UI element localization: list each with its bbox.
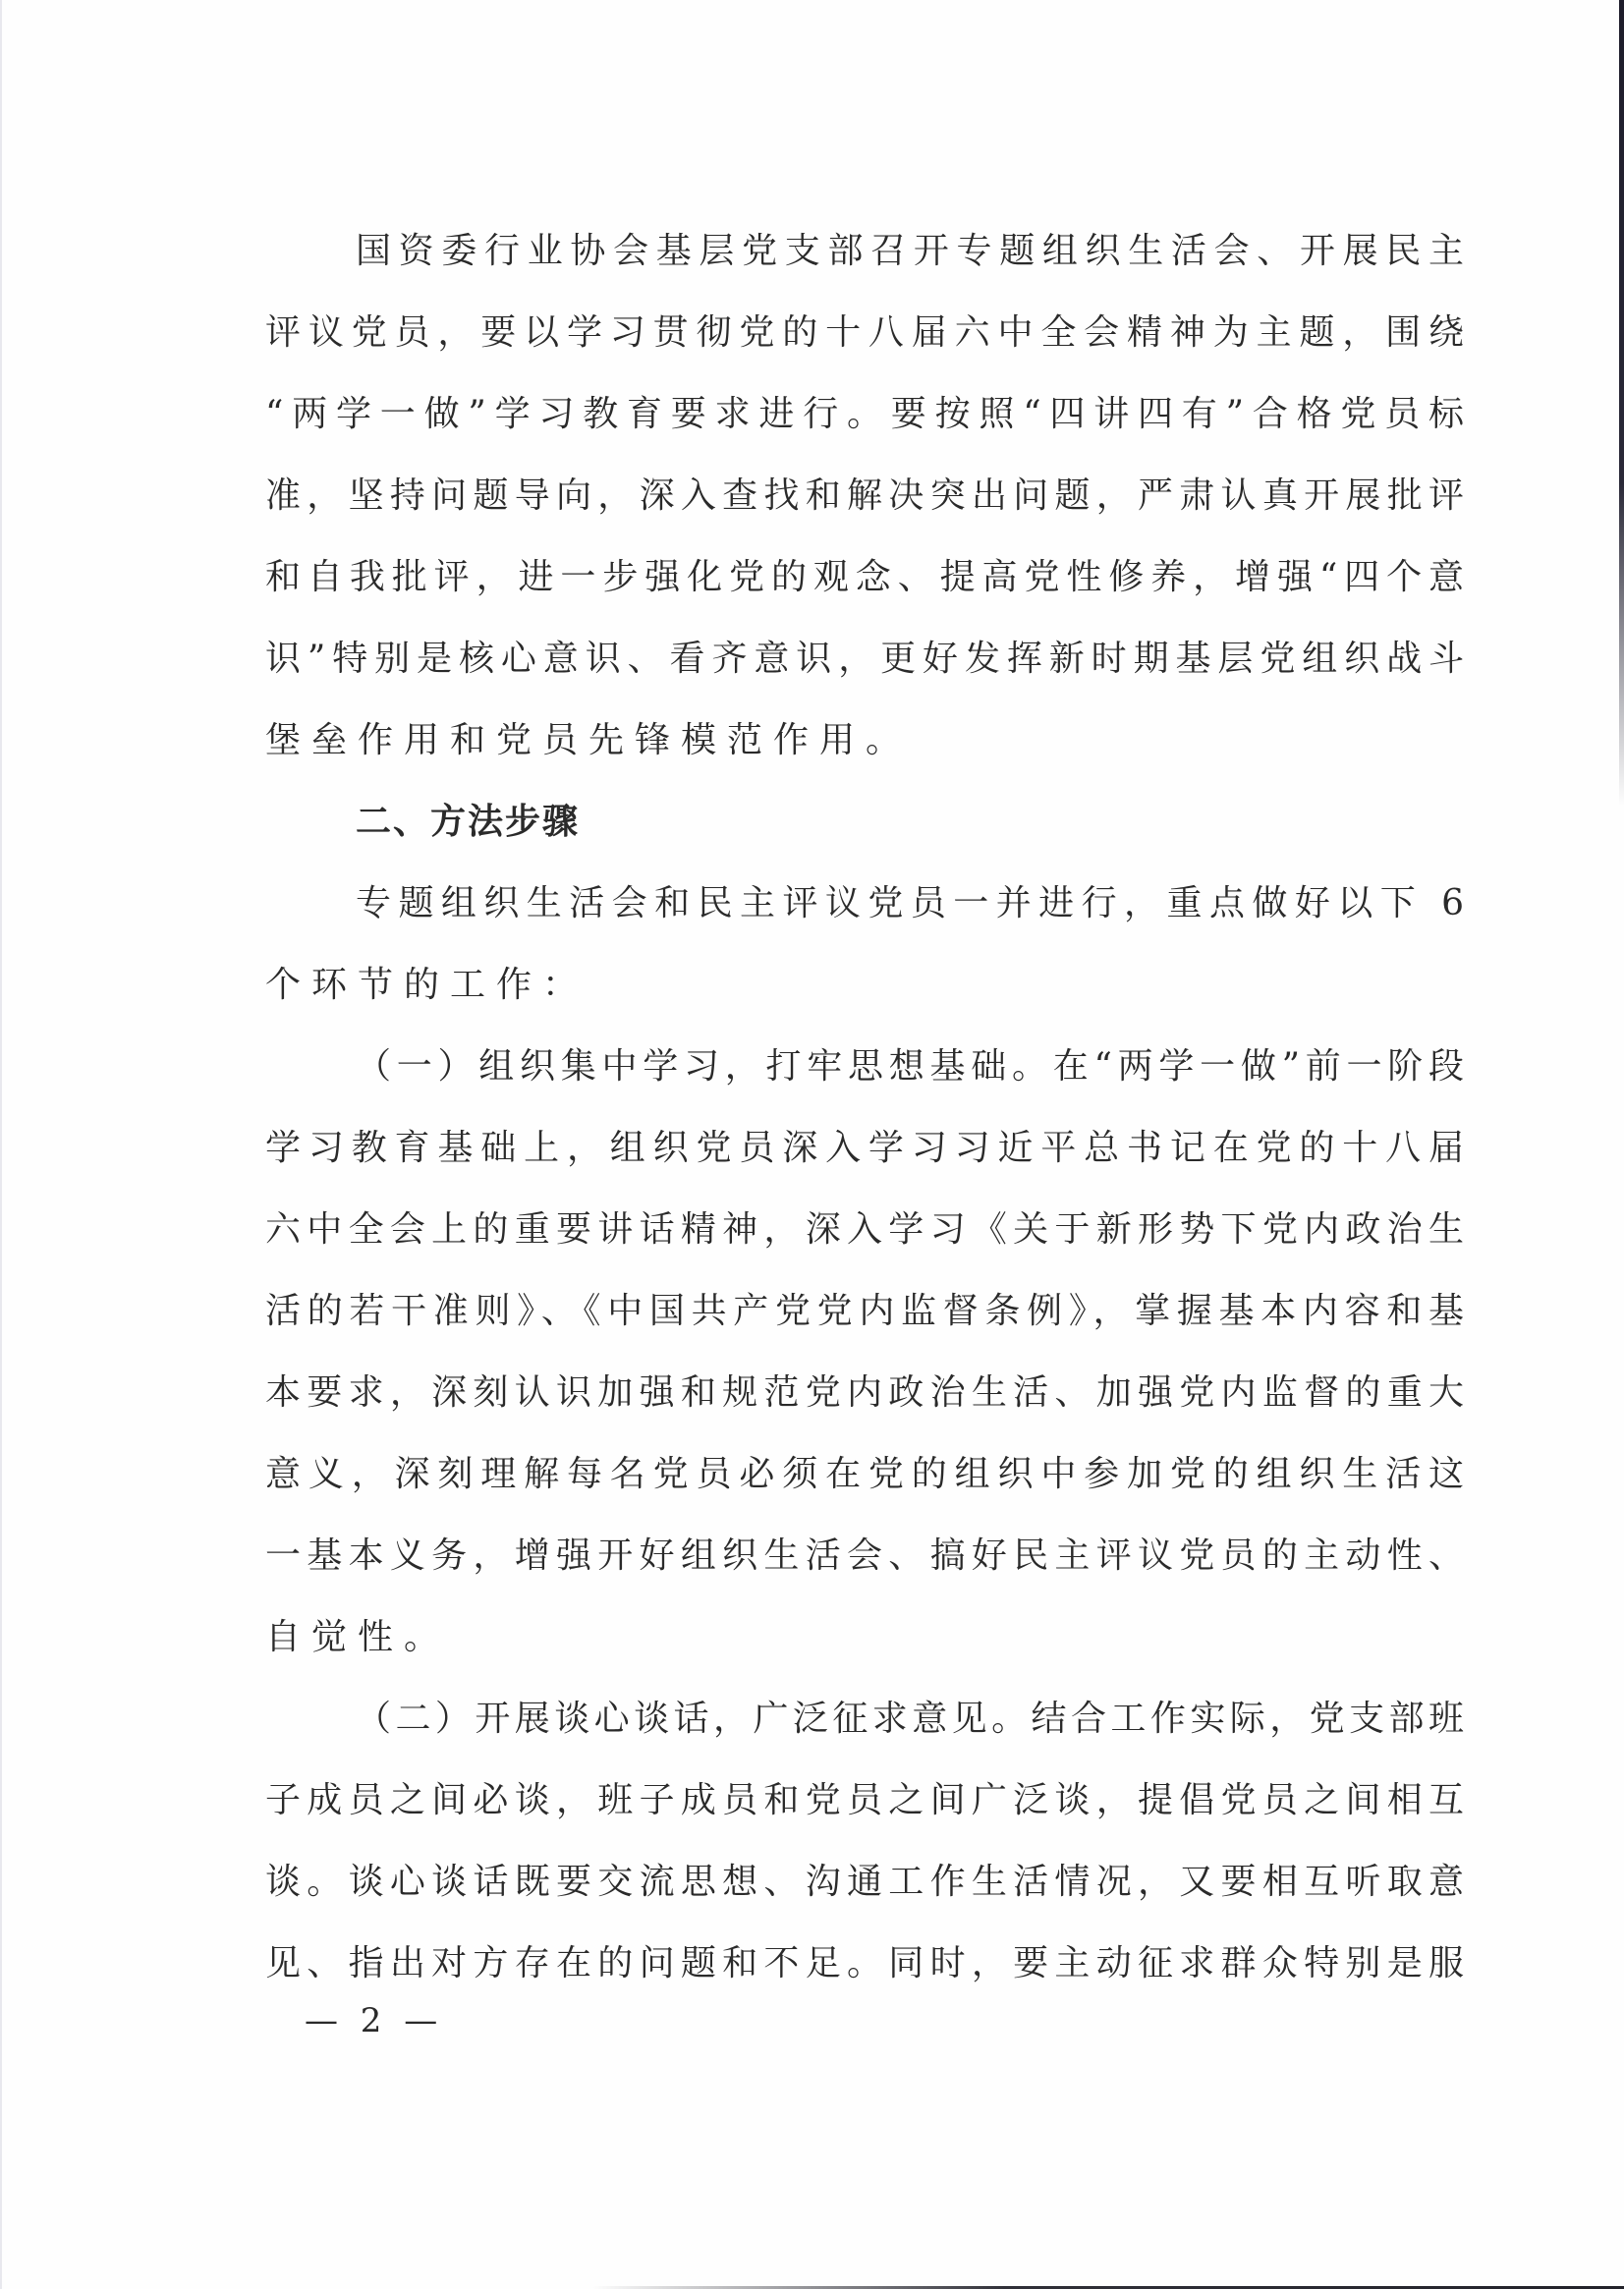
paragraph-1-line-5: 和自我批评，进一步强化党的观念、提高党性修养，增强“四个意 xyxy=(265,554,1464,601)
section-heading-methods: 二、方法步骤 xyxy=(356,799,580,846)
subsection-1-line-3: 六中全会上的重要讲话精神，深入学习《关于新形势下党内政治生 xyxy=(265,1206,1464,1254)
page-number: — 2 — xyxy=(305,1997,443,2044)
subsection-1-line-6: 意义，深刻理解每名党员必须在党的组织中参加党的组织生活这 xyxy=(265,1451,1464,1498)
subsection-1-line-2: 学习教育基础上，组织党员深入学习习近平总书记在党的十八届 xyxy=(265,1125,1464,1172)
subsection-2-line-1: （二）开展谈心谈话，广泛征求意见。结合工作实际，党支部班 xyxy=(356,1696,1464,1743)
document-page: 国资委行业协会基层党支部召开专题组织生活会、开展民主 评议党员，要以学习贯彻党的… xyxy=(0,0,1624,2289)
paragraph-1-line-3: “两学一做”学习教育要求进行。要按照“四讲四有”合格党员标 xyxy=(265,391,1464,438)
paragraph-1-line-1: 国资委行业协会基层党支部召开专题组织生活会、开展民主 xyxy=(356,228,1464,275)
subsection-1-line-1: （一）组织集中学习，打牢思想基础。在“两学一做”前一阶段 xyxy=(356,1043,1464,1090)
paragraph-1-line-2: 评议党员，要以学习贯彻党的十八届六中全会精神为主题，围绕 xyxy=(265,309,1464,357)
paragraph-1-line-6: 识”特别是核心意识、看齐意识，更好发挥新时期基层党组织战斗 xyxy=(265,636,1464,683)
subsection-1-line-8: 自觉性。 xyxy=(265,1614,450,1661)
subsection-1-line-5: 本要求，深刻认识加强和规范党内政治生活、加强党内监督的重大 xyxy=(265,1369,1464,1417)
paragraph-2-line-2: 个环节的工作： xyxy=(265,962,588,1009)
subsection-2-line-3: 谈。谈心谈话既要交流思想、沟通工作生活情况，又要相互听取意 xyxy=(265,1859,1464,1906)
subsection-1-line-4: 活的若干准则》、《中国共产党党内监督条例》，掌握基本内容和基 xyxy=(265,1288,1464,1335)
paragraph-1-line-7: 堡垒作用和党员先锋模范作用。 xyxy=(265,717,912,764)
subsection-2-line-4: 见、指出对方存在的问题和不足。同时，要主动征求群众特别是服 xyxy=(265,1940,1464,1987)
paragraph-2-line-1: 专题组织生活会和民主评议党员一并进行，重点做好以下 6 xyxy=(356,880,1464,927)
subsection-1-line-7: 一基本义务，增强开好组织生活会、搞好民主评议党员的主动性、 xyxy=(265,1533,1464,1580)
subsection-2-line-2: 子成员之间必谈，班子成员和党员之间广泛谈，提倡党员之间相互 xyxy=(265,1777,1464,1824)
paragraph-1-line-4: 准，坚持问题导向，深入查找和解决突出问题，严肃认真开展批评 xyxy=(265,473,1464,520)
